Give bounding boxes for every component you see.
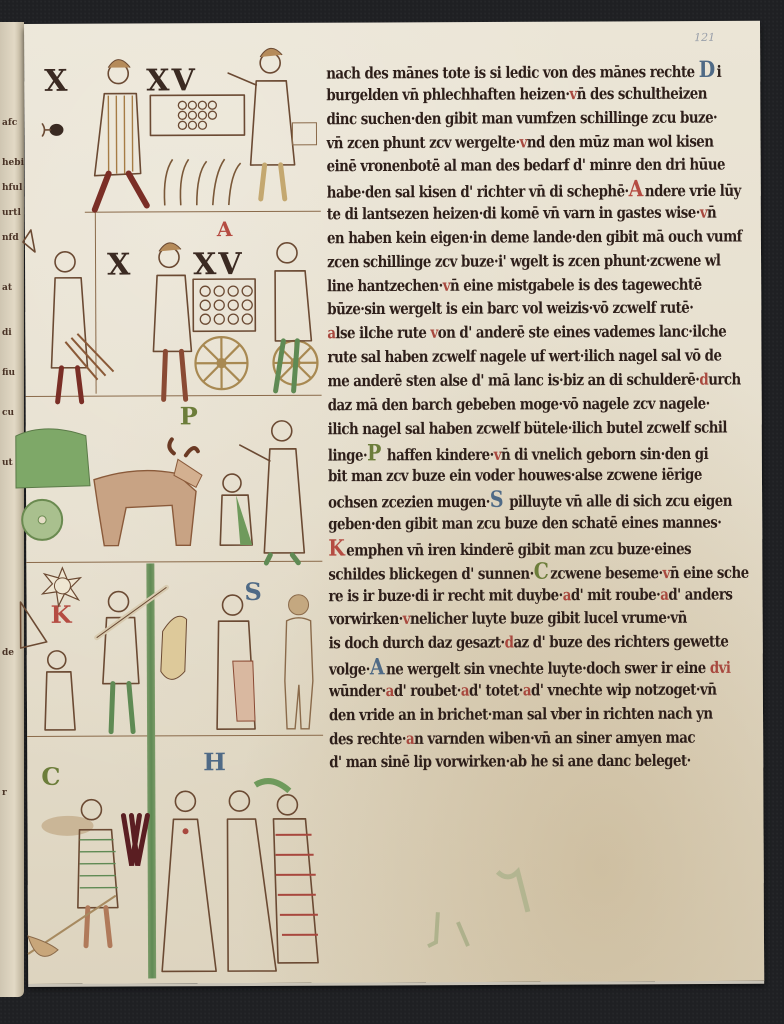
prev-leaf-text: at bbox=[2, 277, 12, 299]
prev-leaf-text: hebi bbox=[2, 152, 24, 174]
previous-leaf-edge: afc hebi hful urtl nfd at di fiu cu ut d… bbox=[0, 22, 24, 997]
illustration-panel-4: K S bbox=[26, 561, 327, 736]
prev-leaf-text: fiu bbox=[2, 362, 15, 384]
prev-leaf-text: hful bbox=[2, 177, 22, 199]
sun-face-icon bbox=[42, 568, 80, 606]
prev-leaf-text: de bbox=[2, 642, 14, 664]
illustration-panel-3: P bbox=[26, 395, 327, 562]
broom-gloves-couple-scene-icon bbox=[27, 735, 328, 984]
illustration-panel-1: X XV bbox=[24, 23, 325, 212]
prev-leaf-text: nfd bbox=[2, 227, 19, 249]
illustration-panel-5: C H bbox=[27, 735, 328, 984]
coin-payment-scene-icon bbox=[24, 23, 325, 212]
manuscript-leaf: 121 X XV bbox=[24, 21, 764, 984]
prev-leaf-text: ut bbox=[2, 452, 13, 474]
prev-leaf-text: r bbox=[2, 782, 7, 804]
prev-leaf-text: afc bbox=[2, 112, 17, 134]
key-marker-icon bbox=[42, 124, 63, 136]
folio-number: 121 bbox=[694, 31, 715, 44]
ox-wagon-scene-icon bbox=[26, 395, 327, 562]
prev-leaf-text: cu bbox=[2, 402, 14, 424]
shield-sword-fiddle-scene-icon bbox=[26, 561, 327, 736]
text-line: d' man sinē lip vorwirken·ab he si ane d… bbox=[329, 748, 749, 778]
illustration-panel-2: X XV A bbox=[25, 211, 326, 396]
text-column: nach des mānes tote is si ledic von des … bbox=[326, 59, 749, 776]
illustration-column: X XV bbox=[24, 23, 328, 984]
show-through-ghost-image bbox=[388, 841, 689, 962]
prev-leaf-text: urtl bbox=[2, 202, 21, 224]
prev-leaf-text: di bbox=[2, 322, 12, 344]
cart-payment-scene-icon bbox=[25, 211, 326, 396]
